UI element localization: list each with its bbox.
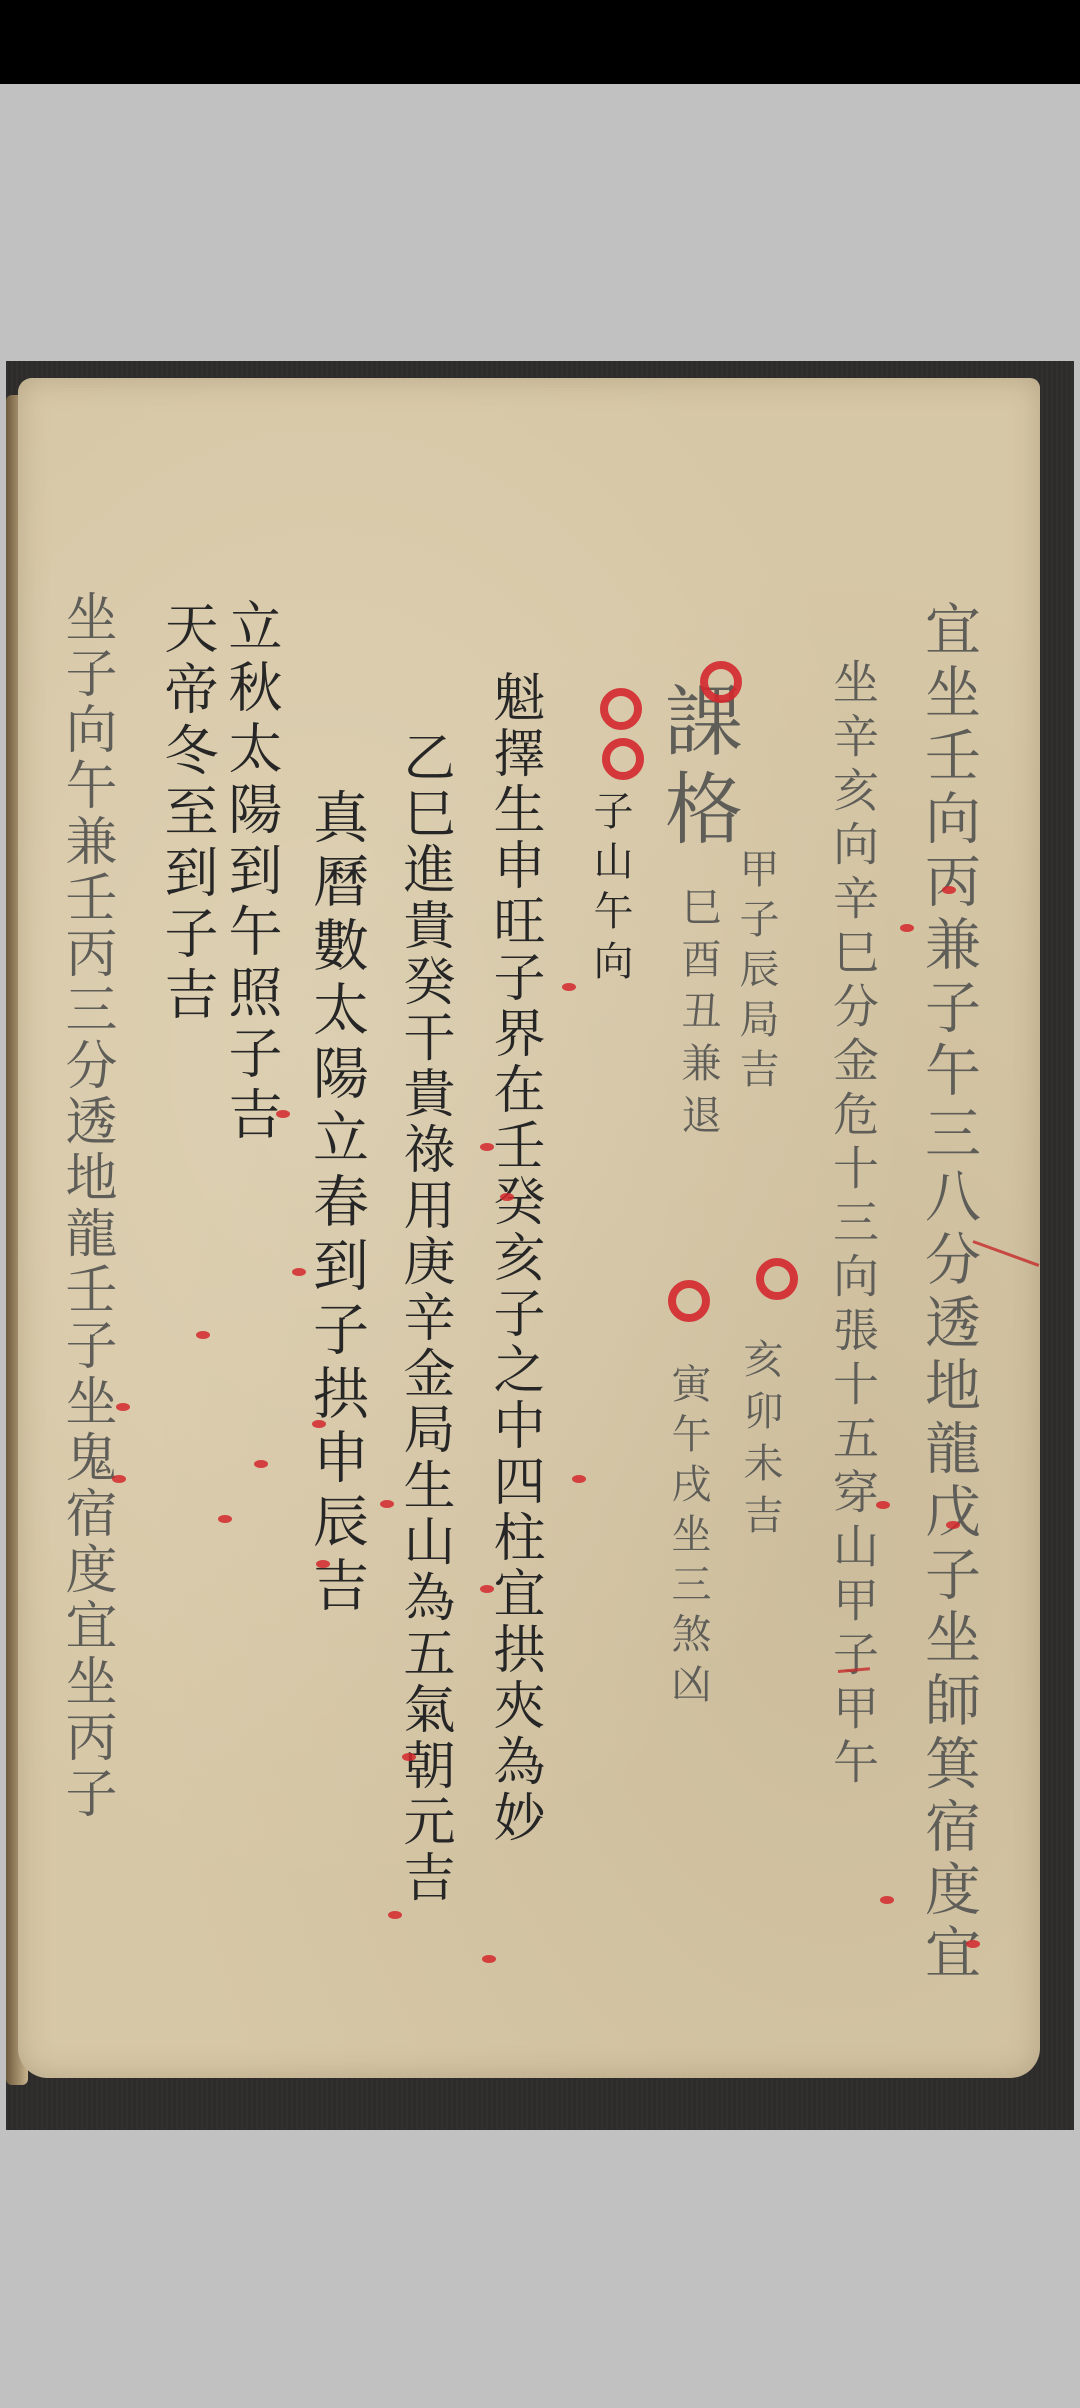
red-dot-mark <box>480 1585 494 1593</box>
red-dot-mark <box>880 1896 894 1904</box>
red-dot-mark <box>116 1403 130 1411</box>
red-dot-mark <box>196 1331 210 1339</box>
red-dot-mark <box>312 1420 326 1428</box>
red-dot-mark <box>316 1560 330 1568</box>
text-column-9: 天帝冬至到子吉 <box>160 600 214 1027</box>
red-circle-mark <box>668 1280 710 1322</box>
red-dot-mark <box>500 1193 514 1201</box>
red-dot-mark <box>876 1501 890 1509</box>
red-dot-mark <box>380 1500 394 1508</box>
manuscript-page: 宜坐壬向丙兼子午三八分透地龍戊子坐師箕宿度宜 坐辛亥向辛巳分金危十三向張十五穿山… <box>18 378 1040 2078</box>
text-column-3d: 寅午戌坐三煞凶 <box>668 1363 708 1713</box>
red-dot-mark <box>572 1475 586 1483</box>
status-bar <box>0 0 1080 84</box>
text-column-8: 立秋太陽到午照子吉 <box>224 598 278 1147</box>
red-circle-mark <box>600 688 642 730</box>
text-column-1: 宜坐壬向丙兼子午三八分透地龍戊子坐師箕宿度宜 <box>920 600 976 1986</box>
text-column-5: 魁擇生申旺子界在壬癸亥子之中四柱宜拱夾為妙 <box>488 670 540 1846</box>
red-dot-mark <box>942 886 956 894</box>
red-dot-mark <box>482 1955 496 1963</box>
red-dot-mark <box>112 1475 126 1483</box>
red-stroke-mark <box>972 1240 1039 1267</box>
red-dot-mark <box>276 1110 290 1118</box>
red-dot-mark <box>480 1143 494 1151</box>
red-circle-mark <box>700 661 742 703</box>
red-dot-mark <box>562 983 576 991</box>
red-dot-mark <box>402 1753 416 1761</box>
red-dot-mark <box>292 1268 306 1276</box>
red-circle-mark <box>756 1258 798 1300</box>
section-heading-zishan-wuxiang: 子山午向 <box>590 790 630 990</box>
text-column-3b: 巳酉丑兼退 <box>678 886 718 1146</box>
section-heading-kege: 課格 <box>658 680 736 856</box>
text-column-6: 乙巳進貴癸干貴祿用庚辛金局生山為五氣朝元吉 <box>398 730 450 1906</box>
red-dot-mark <box>966 1940 980 1948</box>
text-column-3a: 甲子辰局吉 <box>736 848 776 1098</box>
red-dot-mark <box>254 1460 268 1468</box>
red-circle-mark <box>602 738 644 780</box>
text-column-2: 坐辛亥向辛巳分金危十三向張十五穿山甲子甲午 <box>830 658 876 1978</box>
text-column-10: 坐子向午兼壬丙三分透地龍壬子坐鬼宿度宜坐丙子 <box>60 590 112 1822</box>
text-column-7: 真曆數太陽立春到子拱申辰吉 <box>308 788 364 1620</box>
red-dot-mark <box>946 1521 960 1529</box>
text-column-3c: 亥卯未吉 <box>740 1338 780 1546</box>
red-dot-mark <box>900 924 914 932</box>
red-dot-mark <box>388 1911 402 1919</box>
red-dot-mark <box>218 1515 232 1523</box>
